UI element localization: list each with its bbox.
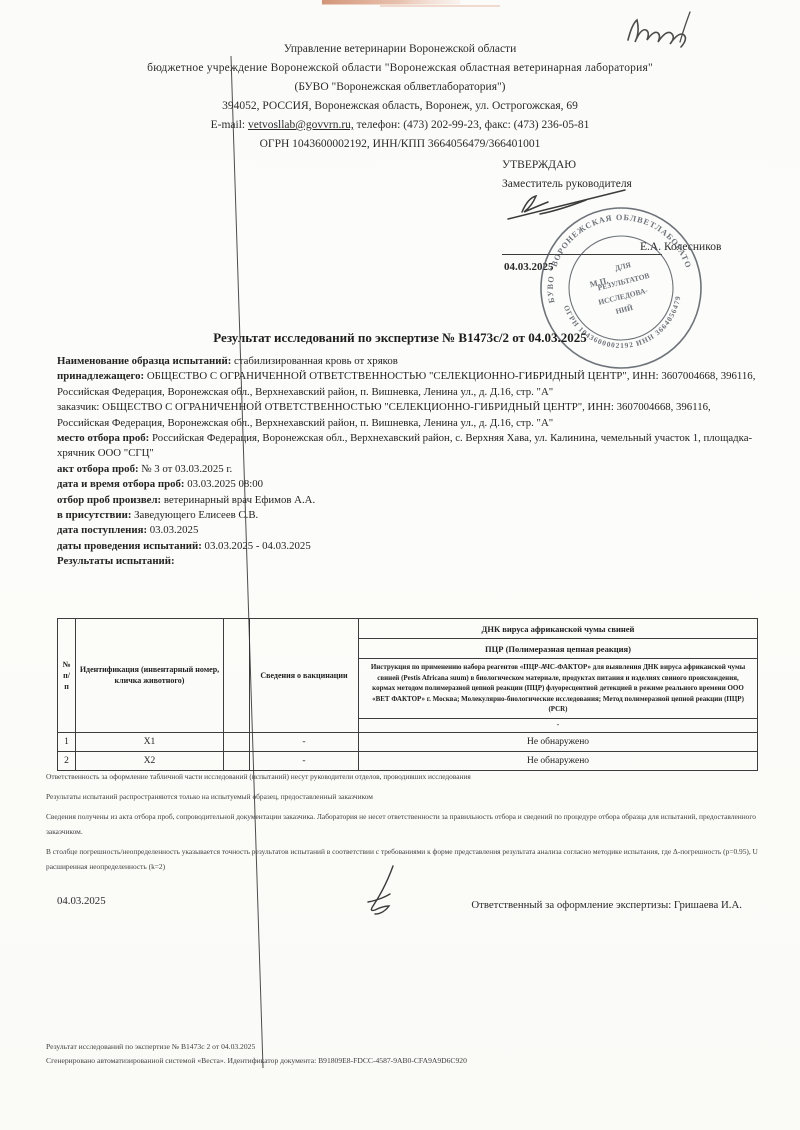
field-sampling-place: место отбора проб: Российская Федерация,… [57, 431, 757, 462]
field-value: Заведующего Елисеев С.В. [134, 509, 258, 521]
field-value: ОБЩЕСТВО С ОГРАНИЧЕННОЙ ОТВЕТСТВЕННОСТЬЮ… [57, 401, 711, 428]
field-value: Российская Федерация, Воронежская обл., … [57, 432, 752, 459]
footnote: В столбце погрешность/неопределенность у… [46, 844, 758, 874]
field-label: место отбора проб: [57, 432, 149, 444]
field-value: 03.03.2025 [150, 524, 199, 536]
field-receipt-date: дата поступления: 03.03.2025 [57, 523, 757, 538]
cell-id: X1 [76, 732, 224, 751]
field-sampling-act: акт отбора проб: № 3 от 03.03.2025 г. [57, 462, 757, 477]
responsible-person: Ответственный за оформление экспертизы: … [471, 899, 742, 911]
org-name-line1: Управление ветеринарии Воронежской облас… [0, 40, 800, 59]
col-header-vaccination: Сведения о вакцинации [250, 619, 359, 733]
stamp-ring-top-text: БУВО "ВОРОНЕЖСКАЯ ОБЛВЕТЛАБОРАТОРИЯ" [533, 200, 693, 308]
field-label: акт отбора проб: [57, 463, 139, 475]
email-label: E-mail: [211, 119, 246, 131]
document-title: Результат исследований по экспертизе № В… [0, 330, 800, 346]
cell-vaccination: - [250, 732, 359, 751]
cell-vaccination: - [250, 751, 359, 770]
cell-blank [224, 751, 250, 770]
letterhead: Управление ветеринарии Воронежской облас… [0, 40, 800, 154]
result-group-header-dna: ДНК вируса африканской чумы свиней [359, 619, 758, 639]
field-label: заказчик: [57, 401, 99, 413]
col-header-blank [224, 619, 250, 733]
field-customer: заказчик: ОБЩЕСТВО С ОГРАНИЧЕННОЙ ОТВЕТС… [57, 400, 757, 431]
cell-result: Не обнаружено [359, 732, 758, 751]
red-smudge-mark [322, 0, 500, 7]
field-owner: принадлежащего: ОБЩЕСТВО С ОГРАНИЧЕННОЙ … [57, 369, 757, 400]
org-codes: ОГРН 1043600002192, ИНН/КПП 3664056479/3… [0, 135, 800, 154]
stamp-center-line4: НИЙ [615, 303, 634, 316]
cell-id: X2 [76, 751, 224, 770]
footnote: Результаты испытаний распространяются то… [46, 789, 758, 804]
result-group-header-pcr: ПЦР (Полимеразная цепная реакция) [359, 639, 758, 659]
cell-result: Не обнаружено [359, 751, 758, 770]
col-header-identification: Идентификация (инвентарный номер, кличка… [76, 619, 224, 733]
field-testing-dates: даты проведения испытаний: 03.03.2025 - … [57, 539, 757, 554]
org-name-line2: бюджетное учреждение Воронежской области… [0, 59, 800, 78]
field-value: ветеринарный врач Ефимов А.А. [164, 494, 315, 506]
field-label: Результаты испытаний: [57, 555, 175, 567]
field-label: принадлежащего: [57, 370, 144, 382]
field-label: дата поступления: [57, 524, 147, 536]
table-row: 1 X1 - Не обнаружено [58, 732, 758, 751]
field-sampler: отбор проб произвел: ветеринарный врач Е… [57, 493, 757, 508]
email-link[interactable]: vetvosllab@govvrn.ru, [248, 119, 354, 131]
cell-blank [224, 732, 250, 751]
scanned-document-page: Управление ветеринарии Воронежской облас… [0, 0, 800, 1130]
sample-info-section: Наименование образца испытаний: стабилиз… [57, 354, 757, 570]
col-header-num: № п/п [58, 619, 76, 733]
field-label: отбор проб произвел: [57, 494, 161, 506]
svg-text:БУВО "ВОРОНЕЖСКАЯ ОБЛВЕТЛАБОРА: БУВО "ВОРОНЕЖСКАЯ ОБЛВЕТЛАБОРАТОРИЯ" [533, 200, 693, 308]
field-label: даты проведения испытаний: [57, 540, 202, 552]
phone-fax: телефон: (473) 202-99-23, факс: (473) 23… [357, 119, 590, 131]
uncertainty-row: - [359, 718, 758, 732]
footnote: Ответственность за оформление табличной … [46, 769, 758, 784]
results-table: № п/п Идентификация (инвентарный номер, … [57, 618, 758, 771]
method-description: Инструкция по применению набора реагенто… [359, 659, 758, 719]
document-footer: Результат исследований по экспертизе № В… [46, 1040, 766, 1068]
org-address: 394052, РОССИЯ, Воронежская область, Вор… [0, 97, 800, 116]
field-sampling-datetime: дата и время отбора проб: 03.03.2025 08:… [57, 477, 757, 492]
results-heading: Результаты испытаний: [57, 554, 757, 569]
field-label: в присутствии: [57, 509, 131, 521]
cell-num: 1 [58, 732, 76, 751]
field-sample-name: Наименование образца испытаний: стабилиз… [57, 354, 757, 369]
field-value: № 3 от 03.03.2025 г. [141, 463, 232, 475]
footnote: Сведения получены из акта отбора проб, с… [46, 809, 758, 839]
stamp-center-line1: ДЛЯ [614, 260, 632, 273]
field-label: Наименование образца испытаний: [57, 355, 231, 367]
table-row: 2 X2 - Не обнаружено [58, 751, 758, 770]
field-value: ОБЩЕСТВО С ОГРАНИЧЕННОЙ ОТВЕТСТВЕННОСТЬЮ… [57, 370, 755, 397]
footer-expertise-ref: Результат исследований по экспертизе № В… [46, 1040, 766, 1054]
footnotes: Ответственность за оформление табличной … [46, 769, 758, 879]
field-value: 03.03.2025 - 04.03.2025 [205, 540, 311, 552]
signoff-date: 04.03.2025 [57, 895, 106, 907]
cell-num: 2 [58, 751, 76, 770]
field-value: 03.03.2025 08:00 [187, 478, 263, 490]
contact-line: E-mail: vetvosllab@govvrn.ru, телефон: (… [0, 116, 800, 135]
org-name-line3: (БУВО "Воронежская облветлаборатория") [0, 78, 800, 97]
field-witness: в присутствии: Заведующего Елисеев С.В. [57, 508, 757, 523]
field-label: дата и время отбора проб: [57, 478, 185, 490]
approver-position: Заместитель руководителя [502, 175, 762, 194]
field-value: стабилизированная кровь от хряков [234, 355, 398, 367]
round-stamp: БУВО "ВОРОНЕЖСКАЯ ОБЛВЕТЛАБОРАТОРИЯ" ОГР… [533, 200, 709, 376]
approve-word: УТВЕРЖДАЮ [502, 156, 762, 175]
footer-generated-id: Сгенерировано автоматизированной системо… [46, 1054, 766, 1068]
